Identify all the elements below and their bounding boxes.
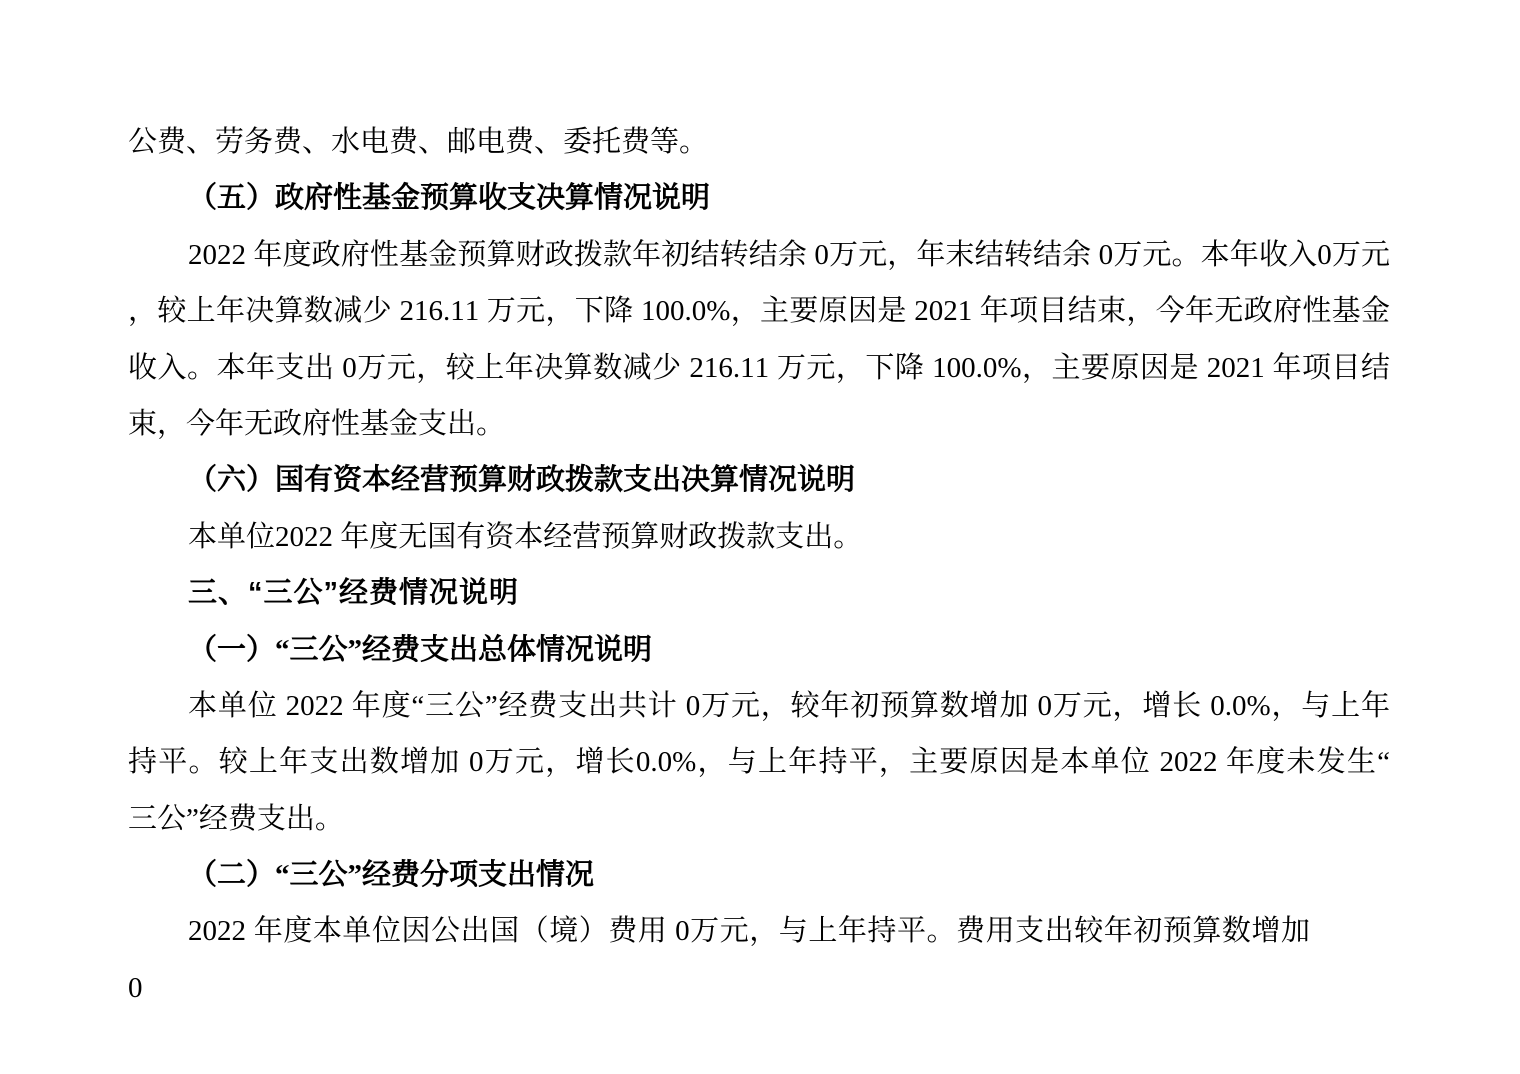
heading-three-public-overall: （一）“三公”经费支出总体情况说明 bbox=[128, 622, 1390, 678]
para-govfund-line4: 束，今年无政府性基金支出。 bbox=[128, 396, 1390, 452]
para-overall-line1: 本单位 2022 年度“三公”经费支出共计 0万元，较年初预算数增加 0万元，增… bbox=[128, 678, 1390, 734]
para-itemized-line1: 2022 年度本单位因公出国（境）费用 0万元，与上年持平。费用支出较年初预算数… bbox=[128, 903, 1310, 959]
para-govfund-line1: 2022 年度政府性基金预算财政拨款年初结转结余 0万元，年末结转结余 0万元。… bbox=[128, 227, 1390, 283]
para-govfund-line3: 收入。本年支出 0万元，较上年决算数减少 216.11 万元，下降 100.0%… bbox=[128, 340, 1390, 396]
para-overall-line3: 三公”经费支出。 bbox=[128, 791, 1390, 847]
document-page: { "colors": { "background": "#ffffff", "… bbox=[0, 0, 1520, 1074]
para-govfund-line2: ，较上年决算数减少 216.11 万元，下降 100.0%，主要原因是 2021… bbox=[128, 283, 1390, 339]
heading-section5-govfund: （五）政府性基金预算收支决算情况说明 bbox=[128, 170, 1390, 226]
heading-three-public-itemized: （二）“三公”经费分项支出情况 bbox=[128, 847, 1390, 903]
document-body: 公费、劳务费、水电费、邮电费、委托费等。 （五）政府性基金预算收支决算情况说明 … bbox=[128, 114, 1390, 960]
heading-three-public: 三、“三公”经费情况说明 bbox=[128, 565, 1390, 621]
para-statecapital-line1: 本单位2022 年度无国有资本经营预算财政拨款支出。 bbox=[128, 509, 1390, 565]
para-overall-line2: 持平。较上年支出数增加 0万元，增长0.0%，与上年持平，主要原因是本单位 20… bbox=[128, 734, 1390, 790]
para-office-fees-tail: 公费、劳务费、水电费、邮电费、委托费等。 bbox=[128, 114, 1390, 170]
heading-section6-statecapital: （六）国有资本经营预算财政拨款支出决算情况说明 bbox=[128, 452, 1390, 508]
